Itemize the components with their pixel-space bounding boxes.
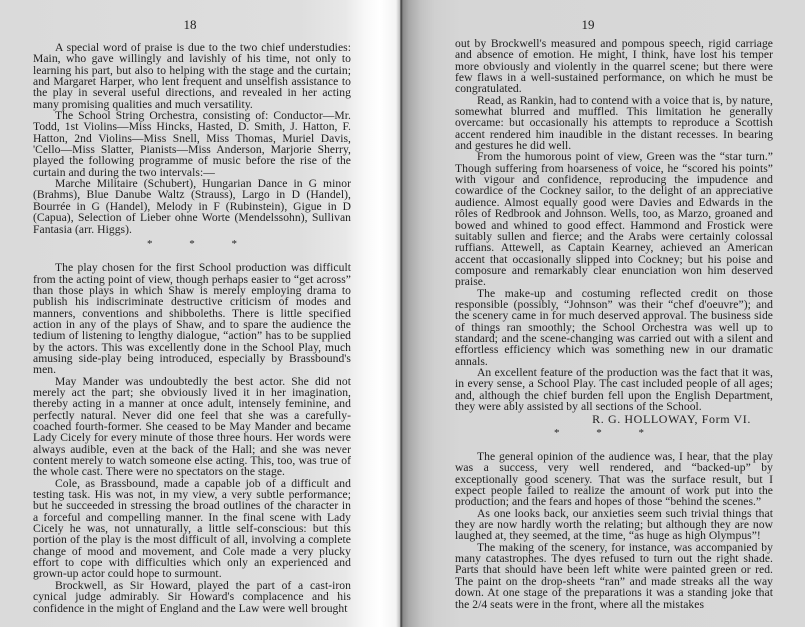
page-number: 18 [175,17,205,33]
paragraph-play-choice: The play chosen for the first School pro… [33,262,351,375]
paragraph-scenery: The making of the scenery, for instance,… [455,542,773,610]
section-separator: * * * [33,239,351,250]
paragraph-read-rankin: Read, as Rankin, had to contend with a v… [455,95,773,152]
paragraph-anxieties: As one looks back, our anxieties seem su… [455,508,773,542]
paragraph-may-mander: May Mander was undoubtedly the best acto… [33,376,351,478]
paragraph-cole: Cole, as Brassbound, made a capable job … [33,478,351,580]
paragraph-general-opinion: The general opinion of the audience was,… [455,451,773,508]
paragraph-brockwell: Brockwell, as Sir Howard, played the par… [33,580,351,614]
page-number: 19 [573,17,603,33]
left-page: 18 A special word of praise is due to th… [0,0,401,627]
paragraph-understudies: A special word of praise is due to the t… [33,42,351,110]
left-page-text: A special word of praise is due to the t… [33,42,351,614]
author-signature: R. G. HOLLOWAY, Form VI. [455,414,773,425]
paragraph-make-up: The make-up and costuming reflected cred… [455,288,773,367]
paragraph-continuation: out by Brockwell's measured and pompous … [455,38,773,95]
right-page: 19 out by Brockwell's measured and pompo… [401,0,805,627]
paragraph-orchestra: The School String Orchestra, consisting … [33,110,351,178]
paragraph-green: From the humorous point of view, Green w… [455,151,773,287]
right-page-text: out by Brockwell's measured and pompous … [455,38,773,610]
paragraph-programme: Marche Militaire (Schubert), Hungarian D… [33,178,351,235]
section-separator: * * * [455,428,773,439]
paragraph-school-play: An excellent feature of the production w… [455,367,773,412]
